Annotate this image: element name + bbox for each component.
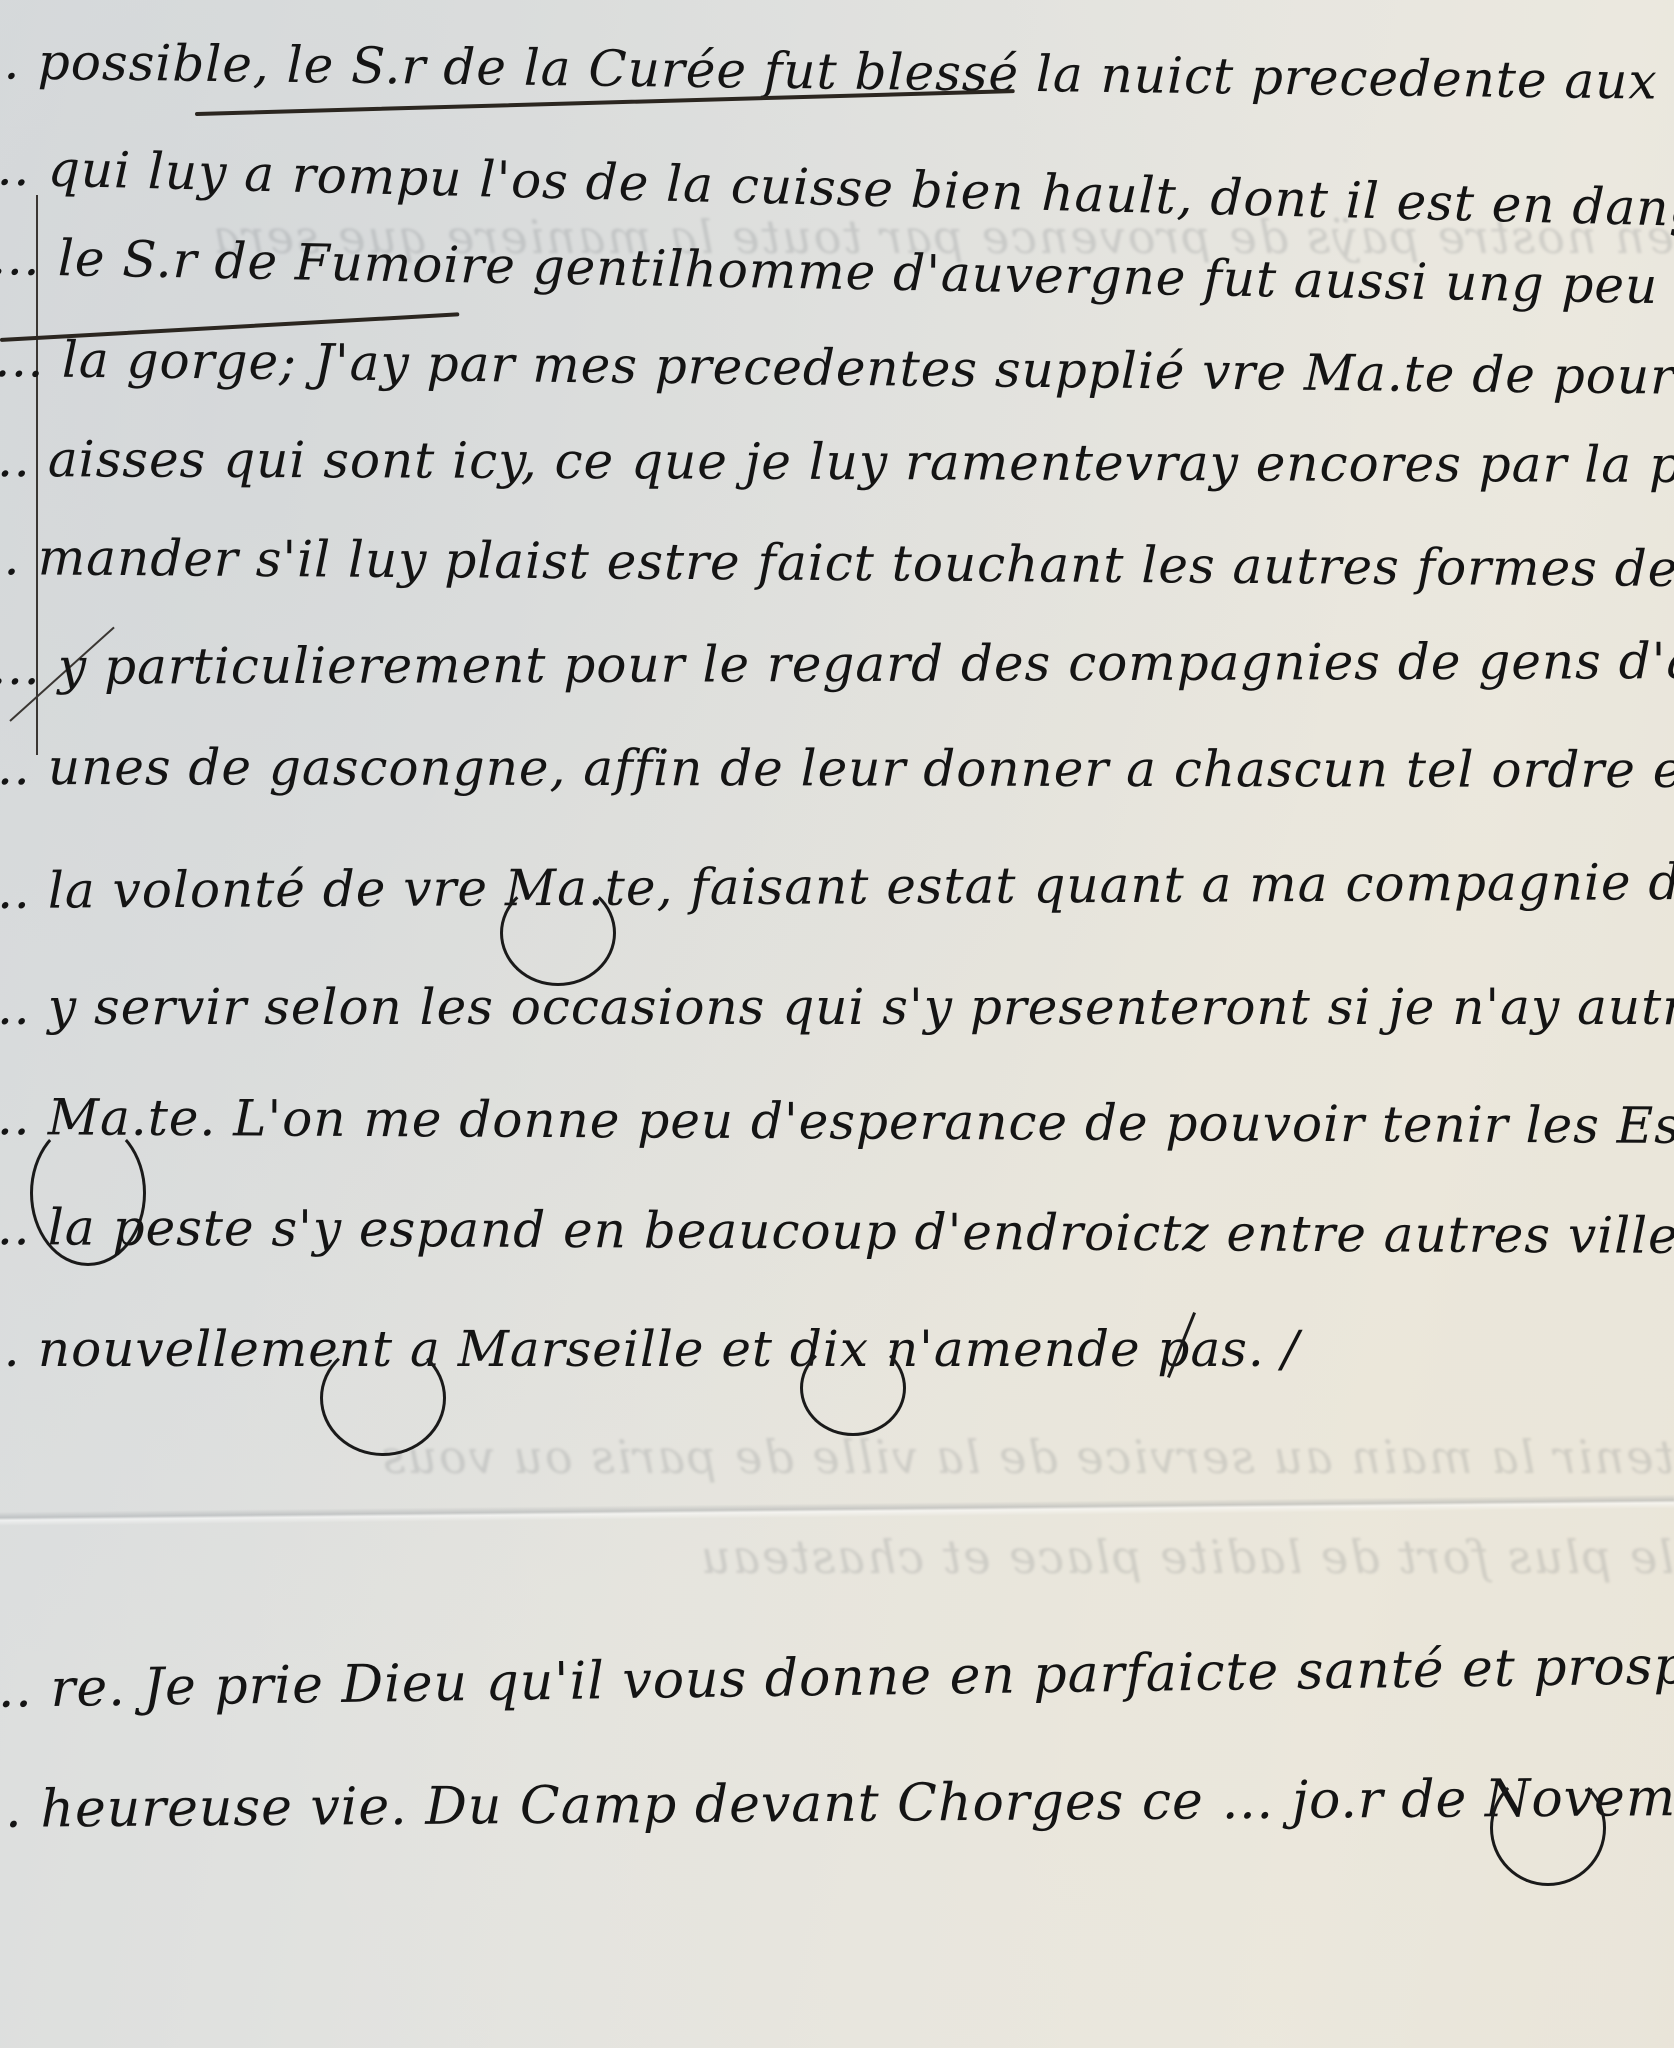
bleed-through-line: le plus fort de ladite place et chasteau — [0, 1530, 1674, 1584]
bleed-through-line: tenir la main au service de la ville de … — [0, 1430, 1674, 1484]
letter-flourish — [1490, 1770, 1606, 1886]
text-line: … la peste s'y espand en beaucoup d'endr… — [0, 1198, 1674, 1267]
text-line: … nouvellement a Marseille et dix n'amen… — [0, 1320, 1300, 1378]
text-line: … y particulierement pour le regard des … — [0, 631, 1674, 696]
text-line: … possible, le S.r de la Curée fut bless… — [0, 32, 1674, 117]
text-line: … unes de gascongne, affin de leur donne… — [0, 738, 1674, 799]
letter-flourish — [320, 1340, 446, 1456]
closing-line: … re. Je prie Dieu qu'il vous donne en p… — [0, 1633, 1674, 1720]
text-line: … mander s'il luy plaist estre faict tou… — [0, 528, 1674, 598]
text-line: … la gorge; J'ay par mes precedentes sup… — [0, 330, 1674, 409]
text-line: … aisses qui sont icy, ce que je luy ram… — [0, 430, 1674, 495]
closing-line: … heureuse vie. Du Camp devant Chorges c… — [0, 1767, 1674, 1840]
paper-fold-crease — [0, 1494, 1674, 1526]
text-line: … la volonté de vre Ma.te, faisant estat… — [0, 852, 1674, 920]
text-line: … y servir selon les occasions qui s'y p… — [0, 978, 1674, 1036]
manuscript-page: en nostre paÿs de provence par toute la … — [0, 0, 1674, 2048]
letter-flourish — [800, 1340, 906, 1436]
letter-flourish — [500, 880, 616, 986]
text-line: … Ma.te. L'on me donne peu d'esperance d… — [0, 1088, 1674, 1156]
